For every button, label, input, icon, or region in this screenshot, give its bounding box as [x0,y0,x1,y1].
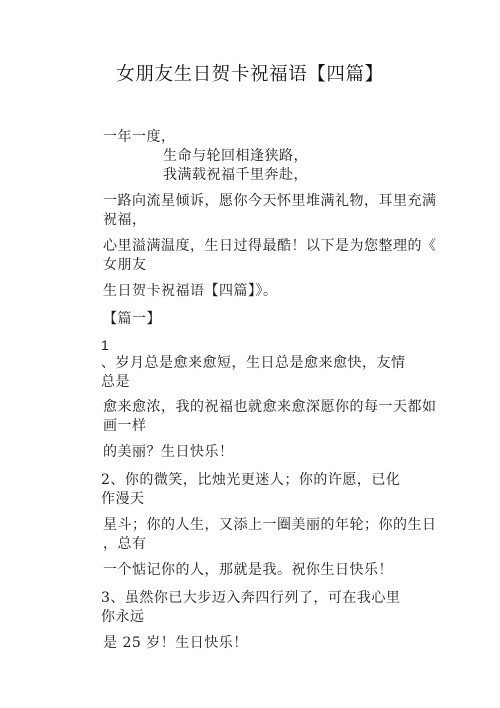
intro-line-2: 祝福， [103,211,147,229]
item-2-line-2: 作漫天 [101,490,145,508]
poem-line-2: 生命与轮回相逢狭路， [163,147,308,165]
item-3-line-1: 3、虽然你已大步迈入奔四行列了，可在我心里 [101,589,400,607]
item-2-line-4: ，总有 [103,535,147,553]
item-1-line-5: 的美丽？生日快乐！ [103,443,234,461]
poem-line-1: 一年一度， [103,128,176,146]
document-page: 女朋友生日贺卡祝福语【四篇】 一年一度， 生命与轮回相逢狭路， 我满载祝福千里奔… [0,0,500,708]
item-2-line-5: 一个惦记你的人，那就是我。祝你生日快乐！ [103,561,393,579]
item-3-line-3: 是 25 岁！生日快乐！ [103,634,248,652]
intro-line-3: 心里溢满温度，生日过得最酷！以下是为您整理的《 [103,237,437,255]
item-1-line-3: 愈来愈浓，我的祝福也就愈来愈深愿你的每一天都如 [103,398,437,416]
item-1-line-1: 、岁月总是愈来愈短，生日总是愈来愈快，友情 [101,354,406,372]
poem-line-3: 我满载祝福千里奔赴， [163,166,308,184]
intro-line-4: 女朋友 [103,256,147,274]
section-heading: 【篇一】 [103,310,161,328]
item-2-line-3: 星斗；你的人生，又添上一圈美丽的年轮；你的生日 [103,516,437,534]
item-3-line-2: 你永远 [101,608,145,626]
item-1-line-4: 画一样 [103,417,147,435]
intro-line-5: 生日贺卡祝福语【四篇】》。 [103,282,278,300]
item-1-number: 1 [101,336,109,354]
item-1-line-2: 总是 [101,373,130,391]
item-2-line-1: 2、你的微笑，比烛光更迷人；你的许愿，已化 [101,471,400,489]
document-title: 女朋友生日贺卡祝福语【四篇】 [0,63,500,87]
intro-line-1: 一路向流星倾诉，愿你今天怀里堆满礼物，耳里充满 [103,192,437,210]
